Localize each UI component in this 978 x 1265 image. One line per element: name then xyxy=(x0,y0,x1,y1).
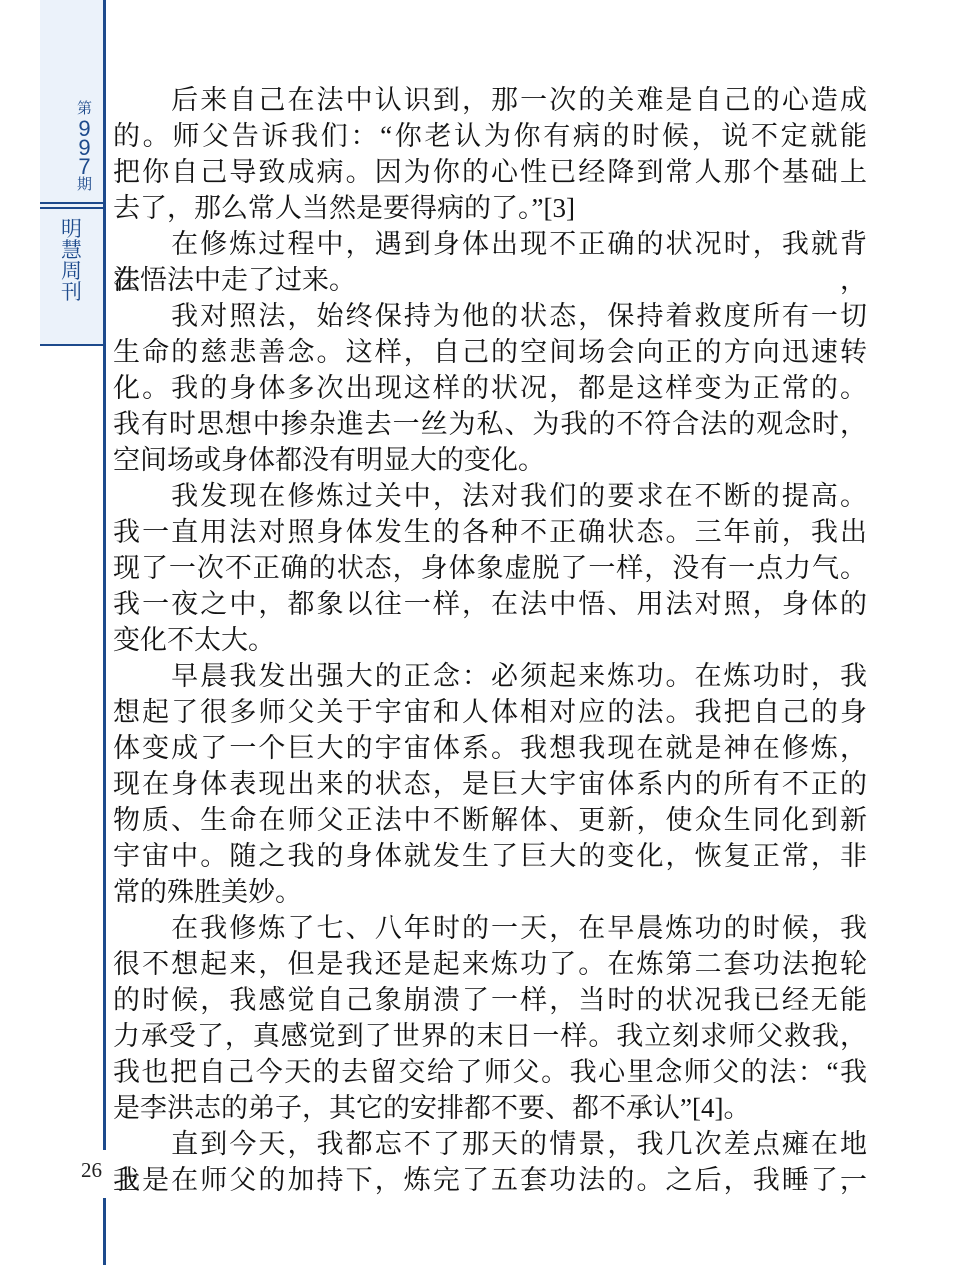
journal-title-char: 刊 xyxy=(61,282,82,303)
text-line: 化。我的身体多次出现这样的状况，都是这样变为正常的。 xyxy=(113,370,867,406)
text-line: 后来自己在法中认识到，那一次的关难是自己的心造成 xyxy=(113,82,867,118)
issue-suffix-label: 期 xyxy=(77,176,92,195)
issue-digit: 7 xyxy=(77,157,92,176)
text-line: 我也把自己今天的去留交给了师父。我心里念师父的法：“我 xyxy=(113,1054,867,1090)
text-line: 我一夜之中，都象以往一样，在法中悟、用法对照，身体的 xyxy=(113,586,867,622)
text-line: 现在身体表现出来的状态，是巨大宇宙体系内的所有不正的 xyxy=(113,766,867,802)
text-line: 体变成了一个巨大的宇宙体系。我想我现在就是神在修炼， xyxy=(113,730,867,766)
sidebar-vertical-rule-top xyxy=(103,0,106,1150)
text-line: 直到今天，我都忘不了那天的情景，我几次差点瘫在地上， xyxy=(113,1126,867,1162)
text-line: 我对照法，始终保持为他的状态，保持着救度所有一切 xyxy=(113,298,867,334)
journal-title-char: 明 xyxy=(61,219,82,240)
text-line: 在修炼过程中，遇到身体出现不正确的状况时，我就背法， xyxy=(113,226,867,262)
text-line: 变化不太大。 xyxy=(113,622,867,658)
text-line: 现了一次不正确的状态，身体象虚脱了一样，没有一点力气。 xyxy=(113,550,867,586)
issue-sidebar: 第 9 9 7 期 明 慧 周 刊 xyxy=(40,0,103,346)
text-line: 物质、生命在师父正法中不断解体、更新，使众生同化到新 xyxy=(113,802,867,838)
text-line: 宇宙中。随之我的身体就发生了巨大的变化，恢复正常，非 xyxy=(113,838,867,874)
text-line: 我有时思想中掺杂進去一丝为私、为我的不符合法的观念时， xyxy=(113,406,867,442)
sidebar-vertical-rule-bottom xyxy=(103,1198,106,1265)
text-line: 我发现在修炼过关中，法对我们的要求在不断的提高。 xyxy=(113,478,867,514)
text-line: 空间场或身体都没有明显大的变化。 xyxy=(113,442,867,478)
text-line: 把你自己导致成病。因为你的心性已经降到常人那个基础上 xyxy=(113,154,867,190)
journal-title-char: 慧 xyxy=(61,240,82,261)
text-line: 去了，那么常人当然是要得病的了。”[3] xyxy=(113,190,867,226)
text-line: 早晨我发出强大的正念：必须起来炼功。在炼功时，我 xyxy=(113,658,867,694)
text-line: 生命的慈悲善念。这样，自己的空间场会向正的方向迅速转 xyxy=(113,334,867,370)
text-line: 我是在师父的加持下，炼完了五套功法的。之后，我睡了一 xyxy=(113,1162,867,1198)
text-line: 我一直用法对照身体发生的各种不正确状态。三年前，我出 xyxy=(113,514,867,550)
text-line: 的。师父告诉我们：“你老认为你有病的时候，说不定就能 xyxy=(113,118,867,154)
text-line: 是李洪志的弟子，其它的安排都不要、都不承认”[4]。 xyxy=(113,1090,867,1126)
journal-title-vertical: 明 慧 周 刊 xyxy=(61,219,82,303)
article-body: 后来自己在法中认识到，那一次的关难是自己的心造成的。师父告诉我们：“你老认为你有… xyxy=(113,82,867,1198)
text-line: 很不想起来，但是我还是起来炼功了。在炼第二套功法抱轮 xyxy=(113,946,867,982)
journal-title-char: 周 xyxy=(61,261,82,282)
page-number: 26 xyxy=(81,1155,102,1185)
magazine-page: 第 9 9 7 期 明 慧 周 刊 后来自己在法中认识到，那一次的关难是自己的心… xyxy=(0,0,978,1265)
text-line: 常的殊胜美妙。 xyxy=(113,874,867,910)
issue-number-block: 第 9 9 7 期 xyxy=(77,100,92,195)
text-line: 想起了很多师父关于宇宙和人体相对应的法。我把自己的身 xyxy=(113,694,867,730)
text-line: 的时候，我感觉自己象崩溃了一样，当时的状况我已经无能 xyxy=(113,982,867,1018)
sidebar-double-divider xyxy=(40,202,103,209)
text-line: 力承受了，真感觉到了世界的末日一样。我立刻求师父救我， xyxy=(113,1018,867,1054)
text-line: 在我修炼了七、八年时的一天，在早晨炼功的时候，我 xyxy=(113,910,867,946)
